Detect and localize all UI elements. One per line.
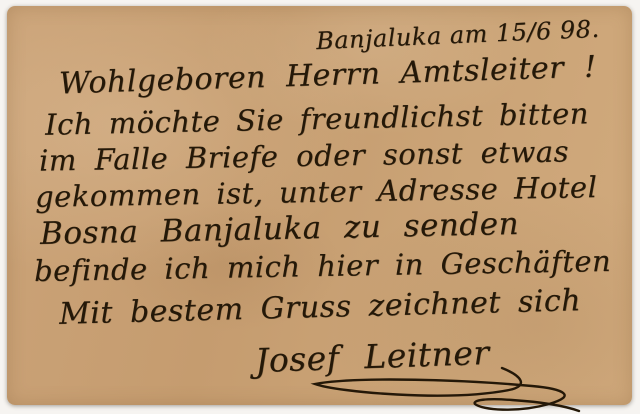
postcard-paper: Banjaluka am 15/6 98. Wohlgeboren Herrn … xyxy=(7,6,632,405)
scanned-postcard: Banjaluka am 15/6 98. Wohlgeboren Herrn … xyxy=(0,0,640,414)
body-line: befinde ich mich hier in Geschäften xyxy=(34,244,612,288)
dateline: Banjaluka am 15/6 98. xyxy=(316,15,601,55)
salutation-line: Wohlgeboren Herrn Amtsleiter ! xyxy=(59,50,597,102)
signature-flourish-icon xyxy=(297,366,587,414)
closing-line: Mit bestem Gruss zeichnet sich xyxy=(59,283,582,332)
body-line: Bosna Banjaluka zu senden xyxy=(40,206,520,252)
